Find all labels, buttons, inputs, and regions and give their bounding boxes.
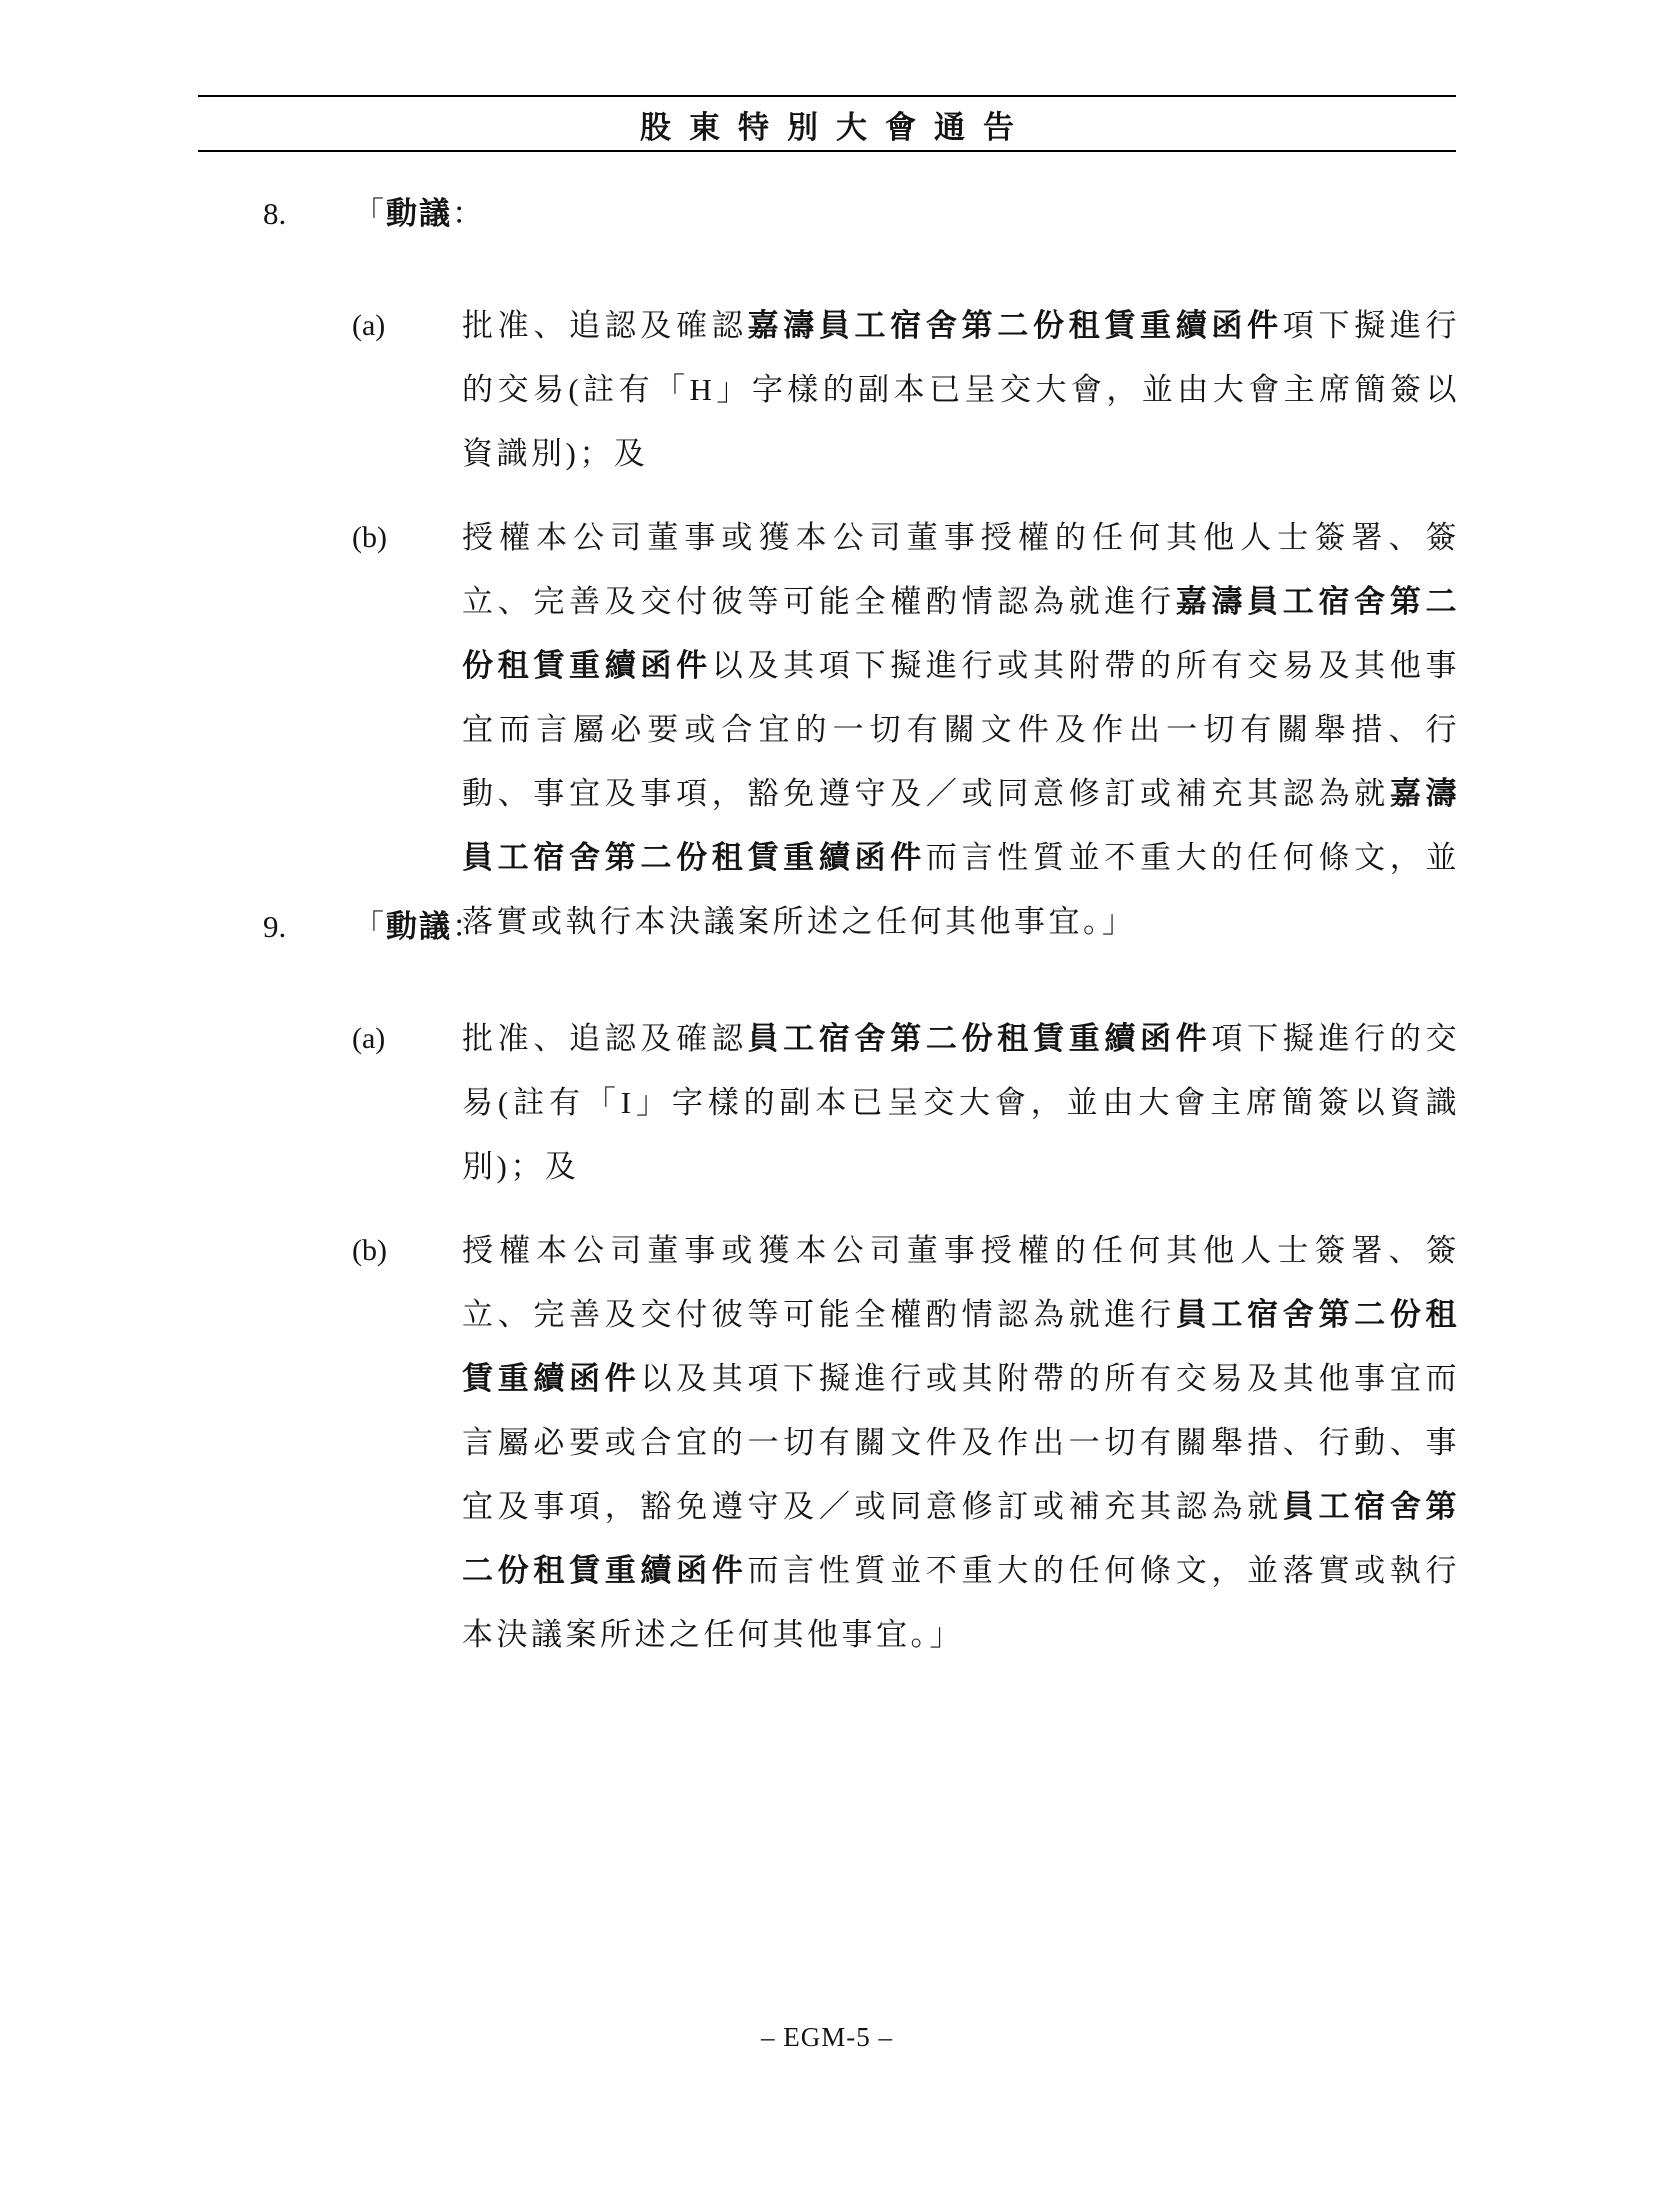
resolution-8-item-a: (a) 批准、追認及確認嘉濤員工宿舍第二份租賃重續函件項下擬進行的交易(註有「H…: [352, 294, 1460, 486]
item-a-label: (a): [352, 294, 462, 358]
resolution-9-item-b: (b) 授權本公司董事或獲本公司董事授權的任何其他人士簽署、簽立、完善及交付彼等…: [352, 1219, 1460, 1667]
item-b-label: (b): [352, 506, 462, 570]
resolution-8: 8.「動議： (a) 批准、追認及確認嘉濤員工宿舍第二份租賃重續函件項下擬進行的…: [0, 192, 1654, 954]
document-page: 股東特別大會通告 8.「動議： (a) 批准、追認及確認嘉濤員工宿舍第二份租賃重…: [0, 0, 1654, 2205]
defined-term: 員工宿舍第二份租賃重續函件: [747, 1021, 1211, 1056]
resolution-8-heading-row: 8.「動議：: [263, 192, 1654, 236]
defined-term: 動議: [386, 196, 452, 231]
item-a-text: 批准、追認及確認員工宿舍第二份租賃重續函件項下擬進行的交易(註有「I」字樣的副本…: [462, 1007, 1460, 1199]
header-rule-bottom: [198, 150, 1456, 152]
defined-term: 動議: [386, 909, 452, 944]
resolution-9-heading: 「動議：: [353, 909, 485, 944]
item-b-label: (b): [352, 1219, 462, 1283]
resolution-9-number: 9.: [263, 905, 353, 949]
defined-term: 嘉濤員工宿舍第二份租賃重續函件: [747, 308, 1282, 343]
text-run: ：: [452, 909, 485, 944]
resolution-9-item-a: (a) 批准、追認及確認員工宿舍第二份租賃重續函件項下擬進行的交易(註有「I」字…: [352, 1007, 1460, 1199]
resolution-8-item-b: (b) 授權本公司董事或獲本公司董事授權的任何其他人士簽署、簽立、完善及交付彼等…: [352, 506, 1460, 954]
page-title: 股東特別大會通告: [198, 102, 1456, 147]
item-a-label: (a): [352, 1007, 462, 1071]
resolution-9: 9.「動議： (a) 批准、追認及確認員工宿舍第二份租賃重續函件項下擬進行的交易…: [0, 905, 1654, 1667]
text-run: 批准、追認及確認: [462, 1021, 747, 1056]
text-run: 「: [353, 909, 386, 944]
text-run: ：: [452, 196, 485, 231]
text-run: 批准、追認及確認: [462, 308, 747, 343]
header-rule-top: [198, 95, 1456, 97]
item-b-text: 授權本公司董事或獲本公司董事授權的任何其他人士簽署、簽立、完善及交付彼等可能全權…: [462, 506, 1460, 954]
item-b-text: 授權本公司董事或獲本公司董事授權的任何其他人士簽署、簽立、完善及交付彼等可能全權…: [462, 1219, 1460, 1667]
resolution-8-heading: 「動議：: [353, 196, 485, 231]
footer-page-number: – EGM-5 –: [0, 2022, 1654, 2053]
item-a-text: 批准、追認及確認嘉濤員工宿舍第二份租賃重續函件項下擬進行的交易(註有「H」字樣的…: [462, 294, 1460, 486]
resolution-8-number: 8.: [263, 192, 353, 236]
text-run: 「: [353, 196, 386, 231]
resolution-9-heading-row: 9.「動議：: [263, 905, 1654, 949]
